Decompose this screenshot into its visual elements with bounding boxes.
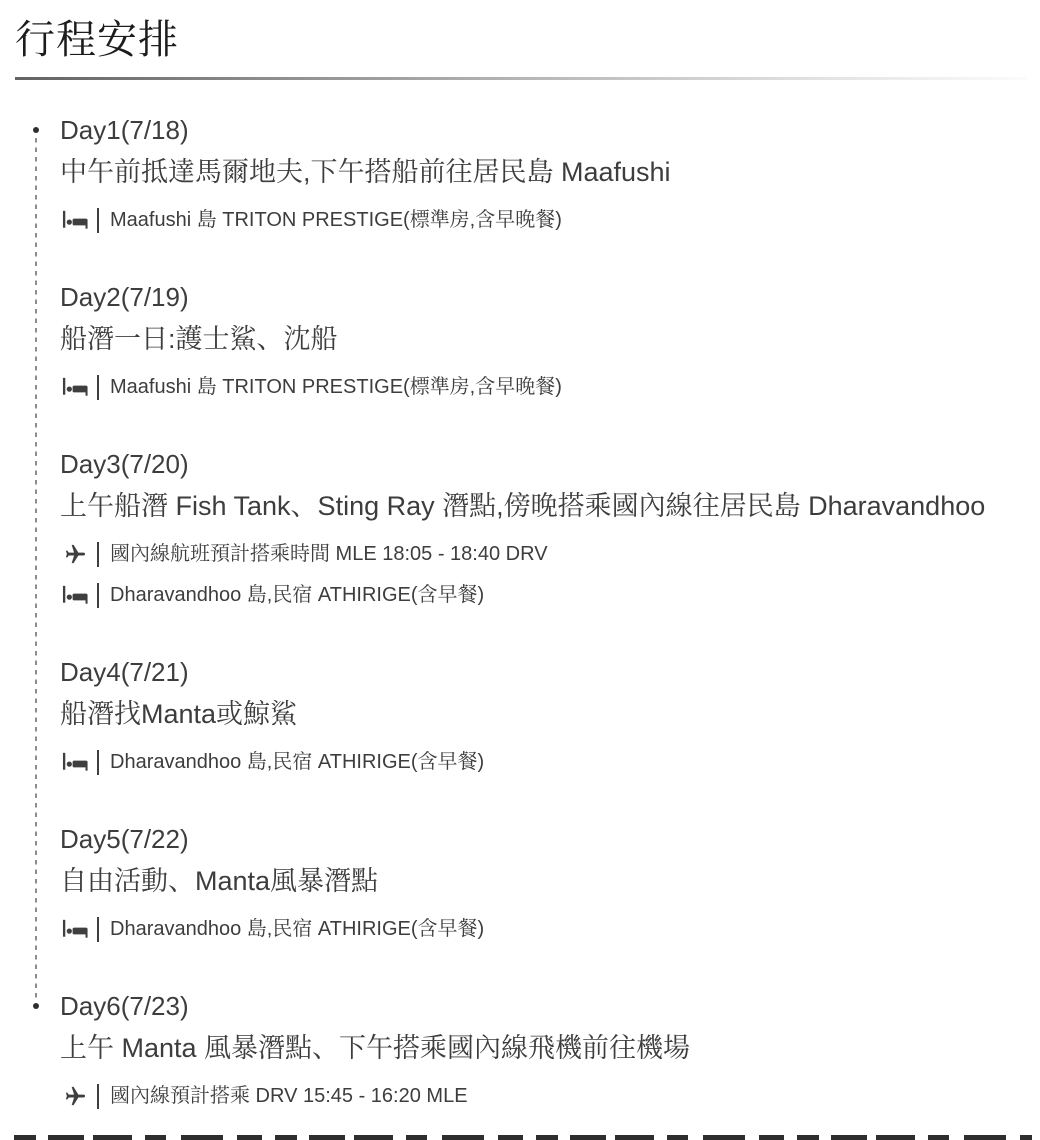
day-details: 國內線航班預計搭乘時間 MLE 18:05 - 18:40 DRV Dharav… bbox=[60, 539, 1040, 610]
day-block: Day2(7/19) 船潛一日:護士鯊、沈船 Maafushi 島 TRITON… bbox=[60, 277, 1040, 402]
day-title: Day2(7/19) bbox=[60, 277, 1040, 317]
separator-bar bbox=[97, 375, 99, 400]
day-title: Day6(7/23) bbox=[60, 986, 1040, 1026]
bed-icon bbox=[62, 919, 89, 939]
day-activity: 上午 Manta 風暴潛點、下午搭乘國內線飛機前往機場 bbox=[60, 1026, 1040, 1070]
bed-icon bbox=[62, 585, 89, 605]
detail-row: Maafushi 島 TRITON PRESTIGE(標準房,含早晚餐) bbox=[60, 372, 1040, 402]
day-activity: 船潛找Manta或鯨鯊 bbox=[60, 692, 1040, 736]
itinerary-page: 行程安排 Day1(7/18) 中午前抵達馬爾地夫,下午搭船前往居民島 Maaf… bbox=[0, 0, 1040, 1140]
detail-row: Dharavandhoo 島,民宿 ATHIRIGE(含早餐) bbox=[60, 914, 1040, 944]
page-title: 行程安排 bbox=[15, 8, 1040, 65]
separator-bar bbox=[97, 583, 99, 608]
bed-icon bbox=[62, 752, 89, 772]
day-title: Day4(7/21) bbox=[60, 652, 1040, 692]
title-underline bbox=[15, 77, 1027, 80]
separator-bar bbox=[97, 542, 99, 567]
next-section-cutoff-text bbox=[14, 1135, 1032, 1140]
detail-text: 國內線預計搭乘 DRV 15:45 - 16:20 MLE bbox=[110, 1081, 468, 1111]
day-title: Day1(7/18) bbox=[60, 110, 1040, 150]
detail-text: 國內線航班預計搭乘時間 MLE 18:05 - 18:40 DRV bbox=[110, 539, 548, 569]
airplane-icon bbox=[64, 1085, 87, 1108]
detail-row: 國內線預計搭乘 DRV 15:45 - 16:20 MLE bbox=[60, 1081, 1040, 1111]
detail-row: 國內線航班預計搭乘時間 MLE 18:05 - 18:40 DRV bbox=[60, 539, 1040, 569]
day-activity: 中午前抵達馬爾地夫,下午搭船前往居民島 Maafushi bbox=[60, 150, 1040, 194]
day-block: Day5(7/22) 自由活動、Manta風暴潛點 Dharavandhoo 島… bbox=[60, 819, 1040, 944]
separator-bar bbox=[97, 1084, 99, 1109]
detail-text: Maafushi 島 TRITON PRESTIGE(標準房,含早晚餐) bbox=[110, 205, 562, 235]
day-block: Day6(7/23) 上午 Manta 風暴潛點、下午搭乘國內線飛機前往機場 國… bbox=[60, 986, 1040, 1111]
separator-bar bbox=[97, 917, 99, 942]
separator-bar bbox=[97, 750, 99, 775]
detail-text: Dharavandhoo 島,民宿 ATHIRIGE(含早餐) bbox=[110, 580, 484, 610]
detail-text: Dharavandhoo 島,民宿 ATHIRIGE(含早餐) bbox=[110, 914, 484, 944]
bed-icon bbox=[62, 377, 89, 397]
day-title: Day3(7/20) bbox=[60, 444, 1040, 484]
separator-bar bbox=[97, 208, 99, 233]
bed-icon bbox=[62, 210, 89, 230]
day-block: Day4(7/21) 船潛找Manta或鯨鯊 Dharavandhoo 島,民宿… bbox=[60, 652, 1040, 777]
day-details: Maafushi 島 TRITON PRESTIGE(標準房,含早晚餐) bbox=[60, 372, 1040, 402]
day-details: Maafushi 島 TRITON PRESTIGE(標準房,含早晚餐) bbox=[60, 205, 1040, 235]
timeline-start-dot bbox=[33, 127, 39, 133]
airplane-icon bbox=[64, 543, 87, 566]
day-block: Day1(7/18) 中午前抵達馬爾地夫,下午搭船前往居民島 Maafushi … bbox=[60, 110, 1040, 235]
day-title: Day5(7/22) bbox=[60, 819, 1040, 859]
detail-text: Maafushi 島 TRITON PRESTIGE(標準房,含早晚餐) bbox=[110, 372, 562, 402]
itinerary-timeline: Day1(7/18) 中午前抵達馬爾地夫,下午搭船前往居民島 Maafushi … bbox=[15, 110, 1040, 1111]
day-details: Dharavandhoo 島,民宿 ATHIRIGE(含早餐) bbox=[60, 914, 1040, 944]
day-details: Dharavandhoo 島,民宿 ATHIRIGE(含早餐) bbox=[60, 747, 1040, 777]
detail-row: Maafushi 島 TRITON PRESTIGE(標準房,含早晚餐) bbox=[60, 205, 1040, 235]
day-activity: 上午船潛 Fish Tank、Sting Ray 潛點,傍晚搭乘國內線往居民島 … bbox=[60, 484, 1040, 528]
day-block: Day3(7/20) 上午船潛 Fish Tank、Sting Ray 潛點,傍… bbox=[60, 444, 1040, 610]
timeline-end-dot bbox=[33, 1003, 39, 1009]
detail-row: Dharavandhoo 島,民宿 ATHIRIGE(含早餐) bbox=[60, 580, 1040, 610]
detail-row: Dharavandhoo 島,民宿 ATHIRIGE(含早餐) bbox=[60, 747, 1040, 777]
day-activity: 船潛一日:護士鯊、沈船 bbox=[60, 317, 1040, 361]
detail-text: Dharavandhoo 島,民宿 ATHIRIGE(含早餐) bbox=[110, 747, 484, 777]
day-details: 國內線預計搭乘 DRV 15:45 - 16:20 MLE bbox=[60, 1081, 1040, 1111]
day-activity: 自由活動、Manta風暴潛點 bbox=[60, 859, 1040, 903]
timeline-dashed-line bbox=[35, 138, 37, 998]
